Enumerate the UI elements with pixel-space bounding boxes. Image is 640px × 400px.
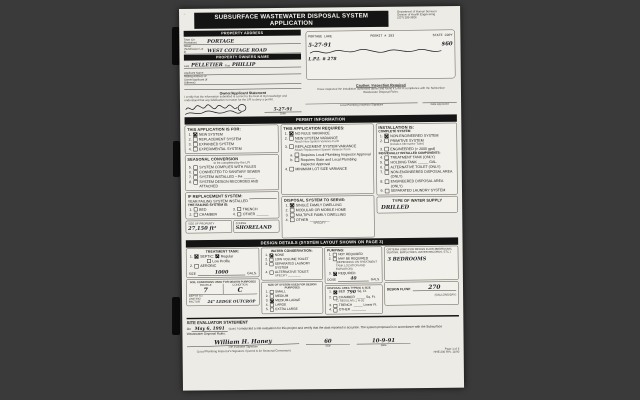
checklist-item: 8. ENGINEERED DISPOSAL AREA (ONLY) [379, 178, 455, 188]
tank-size-label: SIZE [189, 272, 196, 275]
checkbox [290, 218, 294, 222]
checklist-item: b. Requires State and Local Plumbing Ins… [289, 157, 372, 167]
checklist-item: 3. SEPARATED LAUNDRY SYSTEM [264, 262, 321, 271]
checklist-item: 4. MINIMUM LOT SIZE VARIANCE [284, 166, 372, 172]
checkbox [193, 137, 197, 141]
checkbox [289, 136, 293, 140]
margin-scribble: ~ [183, 13, 190, 16]
checklist-item: 9. SEPARATED LAUNDRY SYSTEM [379, 188, 455, 193]
disposal-area-list: 1. BED790Sq. Ft. 2. CHAMBER_____ Sq. Ft.… [327, 290, 380, 313]
zoning-value: SHORELAND [236, 225, 277, 231]
profile-value: 7 [189, 287, 223, 295]
checkbox [269, 262, 273, 266]
checkbox [193, 142, 197, 146]
checkbox [193, 165, 197, 169]
checkbox [333, 308, 337, 312]
dose-label: DOSE [327, 278, 336, 282]
aerobic-label: AEROBIC [200, 264, 216, 269]
permit-town: PORTAGE LAKE [308, 35, 332, 39]
permit-hand-fee: $60 [441, 40, 452, 46]
regular-checkbox [215, 254, 219, 258]
checkbox [385, 189, 389, 193]
scan-artifact [172, 297, 180, 335]
pumping-list: 1. NOT REQUIRED 2. MAY BE REQUIRED (DEPE… [327, 252, 380, 276]
checkbox [290, 208, 294, 212]
last-name-value: PELLETIER [191, 62, 223, 68]
date-hint: (date) [229, 328, 236, 331]
checklist-item: 4. OTHER________ [328, 308, 381, 313]
installation-complete-list: 1. NON-ENGINEERED SYSTEM 2. PRIMITIVE SY… [378, 133, 454, 152]
lpi-seasonal-note: (Local Plumbing Inspector's Signature if… [187, 349, 319, 354]
depth-value: 24" LEDGE OUTCROP [207, 298, 255, 303]
checklist-item: 4. EXPERIMENTAL SYSTEM [187, 146, 276, 152]
first-name-value: PHILLIP [232, 62, 255, 68]
water-conservation-list: 1. NONE 2. LOW VOLUME TOILET 3. SE [264, 253, 321, 278]
dose-value: 40 [338, 276, 369, 282]
form-number: HHE-200 Rev. 11/90 [434, 351, 460, 354]
checkbox [385, 179, 389, 183]
checklist-item: 7. NON-ENGINEERED DISPOSAL AREA (ONLY) [379, 169, 455, 179]
checkbox [193, 132, 197, 136]
checkbox [269, 253, 273, 257]
disposal-serves-list: 1. SINGLE FAMILY DWELLING 2. MODULAR OR … [284, 202, 372, 225]
checkbox [193, 175, 197, 179]
checkbox [384, 134, 388, 138]
checkbox [385, 155, 389, 159]
town-label: Town (Or Plantation) [184, 38, 206, 44]
permit-stamp-box: PORTAGE LAKE PERMIT # 393 STATE COPY 5-2… [306, 30, 456, 80]
low-profile-checkbox [207, 259, 211, 263]
design-flow-value: 270 [413, 283, 457, 291]
tank-size-unit: GALS. [247, 272, 257, 276]
criteria-value: 3 BEDROOMS [387, 254, 456, 264]
checkbox [269, 258, 273, 262]
checkbox [270, 290, 274, 294]
criteria-title: CRITERIA USED FOR DESIGN FLOW (BEDROOMS,… [386, 248, 455, 255]
dose-unit: GALS. [371, 278, 380, 282]
permit-number-label: PERMIT # [370, 34, 386, 38]
street-label: Street (Subdivision Lot #) [184, 45, 206, 54]
checkbox [193, 180, 197, 184]
checklist-item: 2. CHAMBER [188, 212, 232, 217]
design-flow-label: DESIGN FLOW: [387, 288, 411, 292]
checkbox [193, 170, 197, 174]
failing-system-list: 1. BED 3. TRENCH 2. CHAMBER [188, 206, 277, 217]
aerobic-checkbox [194, 264, 198, 268]
first-name-label: First [225, 65, 230, 68]
permit-hand-lpi: L.P.I. # 278 [308, 55, 452, 61]
checkbox [193, 147, 197, 151]
checkbox [270, 308, 274, 312]
checkbox [237, 207, 241, 211]
depth-label: DEPTH TO LIMITING FACTOR [189, 295, 206, 304]
street-value: WEST COTTAGE ROAD [207, 48, 267, 54]
lpi-signature-label: Local Plumbing Inspector Signature [305, 103, 417, 107]
checkbox [295, 158, 299, 162]
date-approved-label: Date Approved [423, 103, 457, 106]
checkbox [289, 131, 293, 135]
screen-background: ~ SUBSURFACE WASTEWATER DISPOSAL SYSTEM … [0, 0, 640, 400]
checkbox [237, 212, 241, 216]
owner-signature [184, 103, 262, 117]
permit-hand-date: 5-27-91 [308, 42, 331, 49]
mailing-address-label: Mailing Address of Owner/Applicant (if D… [184, 75, 214, 84]
checkbox [270, 303, 274, 307]
owner-date-label: Date [265, 112, 302, 115]
septic-checkbox [194, 254, 198, 258]
owner-statement-body: I certify that the information submitted… [184, 95, 301, 103]
evaluator-date-label: Date [357, 344, 411, 348]
checkbox [385, 165, 389, 169]
installation-components-list: 4. TREATMENT TANK (ONLY) 5. HOLDING TANK… [379, 155, 456, 194]
checkbox [290, 203, 294, 207]
checkbox [385, 170, 389, 174]
checkbox [289, 144, 293, 148]
checkbox [289, 167, 293, 171]
water-supply-value: DRILLED [379, 202, 455, 211]
checkbox [333, 253, 337, 257]
checkbox [270, 295, 274, 299]
permit-number-value: 393 [388, 34, 394, 38]
checkbox [290, 213, 294, 217]
checkbox [333, 272, 337, 276]
seasonal-conversion-list: 5. SYSTEM COMPLIES WITH RULES 6. CONNECT… [187, 164, 276, 189]
checkbox [270, 271, 274, 275]
checkbox [333, 257, 337, 261]
form-title: SUBSURFACE WASTEWATER DISPOSAL SYSTEM AP… [194, 11, 388, 29]
on-label: On [187, 328, 191, 331]
checkbox [384, 147, 388, 151]
checkbox [333, 296, 337, 300]
checkbox [194, 208, 198, 212]
checklist-item: 5. EXTRA LARGE [264, 307, 321, 312]
application-requires-list: 1. NO RULE VARIANCE 2. NEW SYSTEM VARIAN… [283, 130, 371, 171]
scan-artifact [173, 141, 180, 177]
last-name-label: Last [184, 65, 189, 68]
checkbox [385, 160, 389, 164]
checkbox [295, 153, 299, 157]
town-value: PORTAGE [207, 39, 234, 45]
checkbox [270, 299, 274, 303]
copy-type: STATE COPY [433, 33, 453, 37]
application-for-list: 1. NEW SYSTEM 2. REPLACEMENT SYSTEM 3. [187, 131, 276, 151]
checkbox [194, 213, 198, 217]
design-flow-unit: (GALLONS/DAY) [387, 294, 456, 298]
property-size-value: 27,150 ft² [188, 225, 229, 231]
site-evaluator-body: On May 6, 1991 (date) I conducted a site… [187, 324, 459, 337]
system-size-list: 1. SMALL 2. MEDIUM 3. MEDIUM-LARGE [264, 289, 321, 311]
agency-phone: (207) 289-3826 [397, 16, 456, 20]
checklist-item: 4. OTHER______ [231, 212, 275, 217]
checklist-item: 8. SYSTEM DESIGN RECORDED AND ATTACHED [188, 179, 277, 189]
checkbox [333, 304, 337, 308]
application-form-page: ~ SUBSURFACE WASTEWATER DISPOSAL SYSTEM … [179, 6, 464, 391]
condition-value: C [223, 286, 257, 294]
checkbox [384, 139, 388, 143]
caution-body: I have inspected the installation author… [305, 87, 456, 95]
checkbox [333, 290, 337, 294]
se-number-label: SE# [306, 345, 350, 348]
tank-size-value: 1000 [198, 269, 245, 275]
